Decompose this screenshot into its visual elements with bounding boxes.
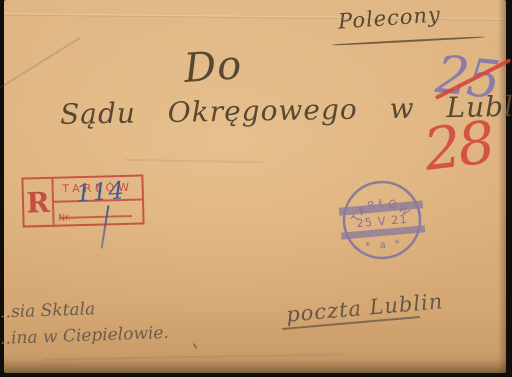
postmark: TARŁÓW 25 V 21 * a * — [336, 174, 427, 265]
crossed-out-charge-number: 25 — [433, 45, 501, 111]
sender-note-line2: …ina w Ciepielowie. — [0, 323, 169, 349]
address-salutation: Do — [182, 42, 243, 92]
registration-letter: R — [23, 179, 54, 226]
envelope: Polecony Do Sądu Okręgowego w Lublinie 2… — [4, 0, 506, 373]
stray-pencil-mark — [192, 343, 197, 349]
registration-number-handwritten: 114 — [75, 176, 126, 207]
bottom-edge-shadow — [4, 359, 506, 373]
sender-note-line1: …sia Sktala — [0, 299, 96, 323]
postmark-office-letter: * a * — [365, 238, 403, 252]
red-charge-number: 28 — [420, 108, 496, 184]
envelope-photo: Polecony Do Sądu Okręgowego w Lublinie 2… — [0, 0, 512, 377]
crease-middle — [124, 159, 264, 163]
crease-top-left-diagonal — [0, 37, 80, 89]
endorsement-handwriting: Polecony — [337, 2, 441, 33]
endorsement-underline — [332, 36, 484, 45]
